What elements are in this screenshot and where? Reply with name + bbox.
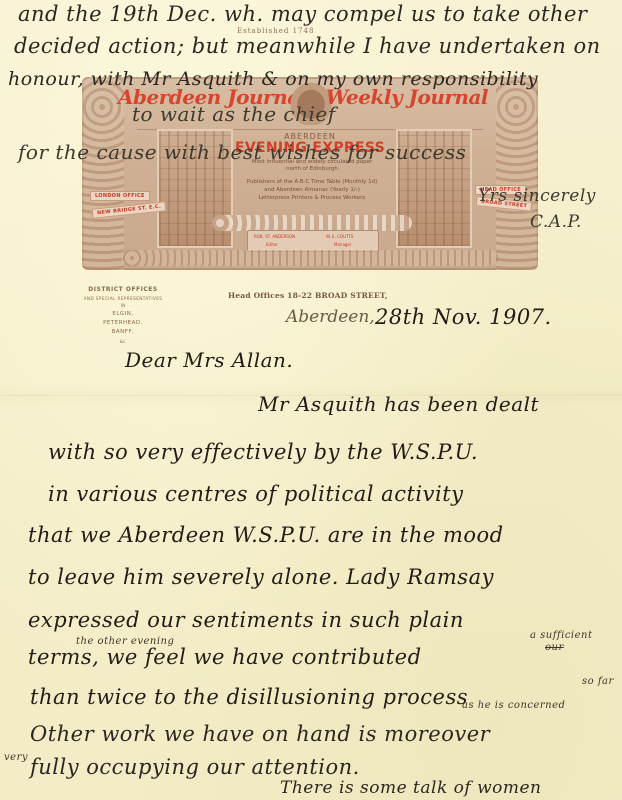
body-line: with so very effectively by the W.S.P.U. xyxy=(48,440,478,464)
postscript-signature: C.A.P. xyxy=(530,212,582,232)
body-line: in various centres of political activity xyxy=(48,482,464,506)
bottom-scrollwork xyxy=(122,250,498,266)
floral-garland xyxy=(212,215,412,231)
district-offices-heading: DISTRICT OFFICES xyxy=(78,286,168,293)
postscript-line: and the 19th Dec. wh. may compel us to t… xyxy=(18,2,587,26)
publishers-line-3: Letterpress Printers & Process Workers xyxy=(232,195,392,202)
manager-role: Manager xyxy=(334,242,352,247)
body-line: Other work we have on hand is moreover xyxy=(30,722,490,746)
body-line: fully occupying our attention. xyxy=(30,755,360,779)
district-offices-block: DISTRICT OFFICES AND SPECIAL REPRESENTAT… xyxy=(78,286,168,344)
dateline-date: 28th Nov. 1907. xyxy=(375,305,552,329)
district-town: PETERHEAD, xyxy=(78,319,168,328)
district-offices-subheading: AND SPECIAL REPRESENTATIVES xyxy=(78,296,168,301)
scroll-ornament-right xyxy=(496,77,538,270)
publishers-line-2: and Aberdeen Almanac (Yearly 1/-) xyxy=(232,187,392,194)
editor-name: ROB. ST. ANDERSON xyxy=(254,234,295,239)
salutation: Dear Mrs Allan. xyxy=(125,348,293,372)
publishers-line-1: Publishers of the A·B·C Time Table (Mont… xyxy=(232,179,392,186)
district-town: BANFF, xyxy=(78,328,168,337)
london-office-label: LONDON OFFICE xyxy=(90,191,150,201)
insertion-after-process: so far xyxy=(582,676,614,687)
staff-scroll: ROB. ST. ANDERSON Editor W. E. COUTTS Ma… xyxy=(247,230,379,252)
postscript-line: for the cause with best wishes for succe… xyxy=(18,140,466,164)
insertion-below-process: as he is concerned xyxy=(462,700,565,711)
postscript-closing: Yrs sincerely xyxy=(478,186,596,206)
head-offices-address: Head Offices 18-22 BROAD STREET, xyxy=(228,291,388,300)
insertion-before-fully: very xyxy=(4,752,28,763)
district-etc: &c. xyxy=(78,339,168,344)
insertion-above-terms: the other evening xyxy=(76,636,174,647)
body-line: to leave him severely alone. Lady Ramsay xyxy=(28,565,494,589)
struck-word: our xyxy=(545,642,564,653)
postscript-line: honour, with Mr Asquith & on my own resp… xyxy=(8,68,538,90)
editor-role: Editor xyxy=(266,242,278,247)
body-line: terms, we feel we have contributed xyxy=(28,645,422,669)
body-line: that we Aberdeen W.S.P.U. are in the moo… xyxy=(28,523,504,547)
insertion-above-contributed: a sufficient xyxy=(530,630,593,641)
postscript-line: to wait as the chief xyxy=(132,102,336,126)
body-line: There is some talk of women xyxy=(280,778,542,798)
body-line: than twice to the disillusioning process xyxy=(30,685,468,709)
body-line: Mr Asquith has been dealt xyxy=(258,392,539,416)
dateline-place: Aberdeen, xyxy=(286,307,375,327)
body-line: expressed our sentiments in such plain xyxy=(28,608,464,632)
tagline-line-2: north of Edinburgh xyxy=(232,166,392,173)
postscript-line: decided action; but meanwhile I have und… xyxy=(14,34,601,58)
district-town: ELGIN, xyxy=(78,310,168,319)
district-offices-in: IN xyxy=(78,303,168,308)
manager-name: W. E. COUTTS xyxy=(326,234,353,239)
